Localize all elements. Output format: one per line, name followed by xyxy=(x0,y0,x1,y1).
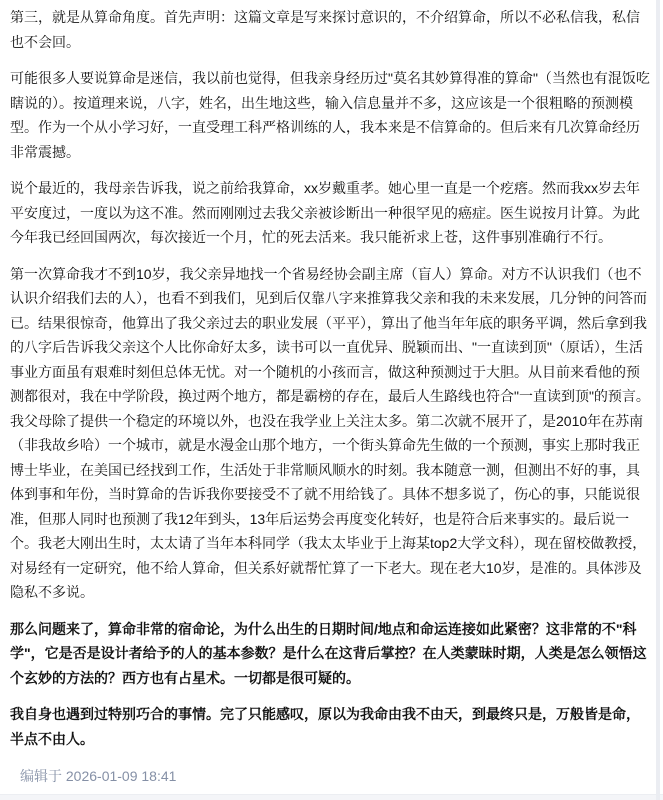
edit-timestamp[interactable]: 编辑于 2026-01-09 18:41 xyxy=(10,763,653,786)
paragraph-question: 那么问题来了，算命非常的宿命论，为什么出生的日期时间/地点和命运连接如此紧密？这… xyxy=(10,617,653,691)
paragraph-conclusion: 我自身也遇到过特别巧合的事情。完了只能感叹，原以为我命由我不由天，到最终只是，万… xyxy=(10,702,653,751)
article-body: 第三，就是从算命角度。首先声明：这篇文章是写来探讨意识的，不介绍算命，所以不必私… xyxy=(0,0,663,786)
paragraph-intro: 第三，就是从算命角度。首先声明：这篇文章是写来探讨意识的，不介绍算命，所以不必私… xyxy=(10,5,653,54)
scrollbar-track[interactable] xyxy=(656,0,660,800)
paragraph-three-experiences: 第一次算命我才不到10岁，我父亲异地找一个省易经协会副主席（盲人）算命。对方不认… xyxy=(10,262,653,605)
paragraph-mother-story: 说个最近的，我母亲告诉我，说之前给我算命，xx岁戴重孝。她心里一直是一个疙瘩。然… xyxy=(10,176,653,250)
paragraph-superstition: 可能很多人要说算命是迷信，我以前也觉得，但我亲身经历过"莫名其妙算得准的算命"（… xyxy=(10,66,653,164)
section-divider xyxy=(0,794,663,800)
